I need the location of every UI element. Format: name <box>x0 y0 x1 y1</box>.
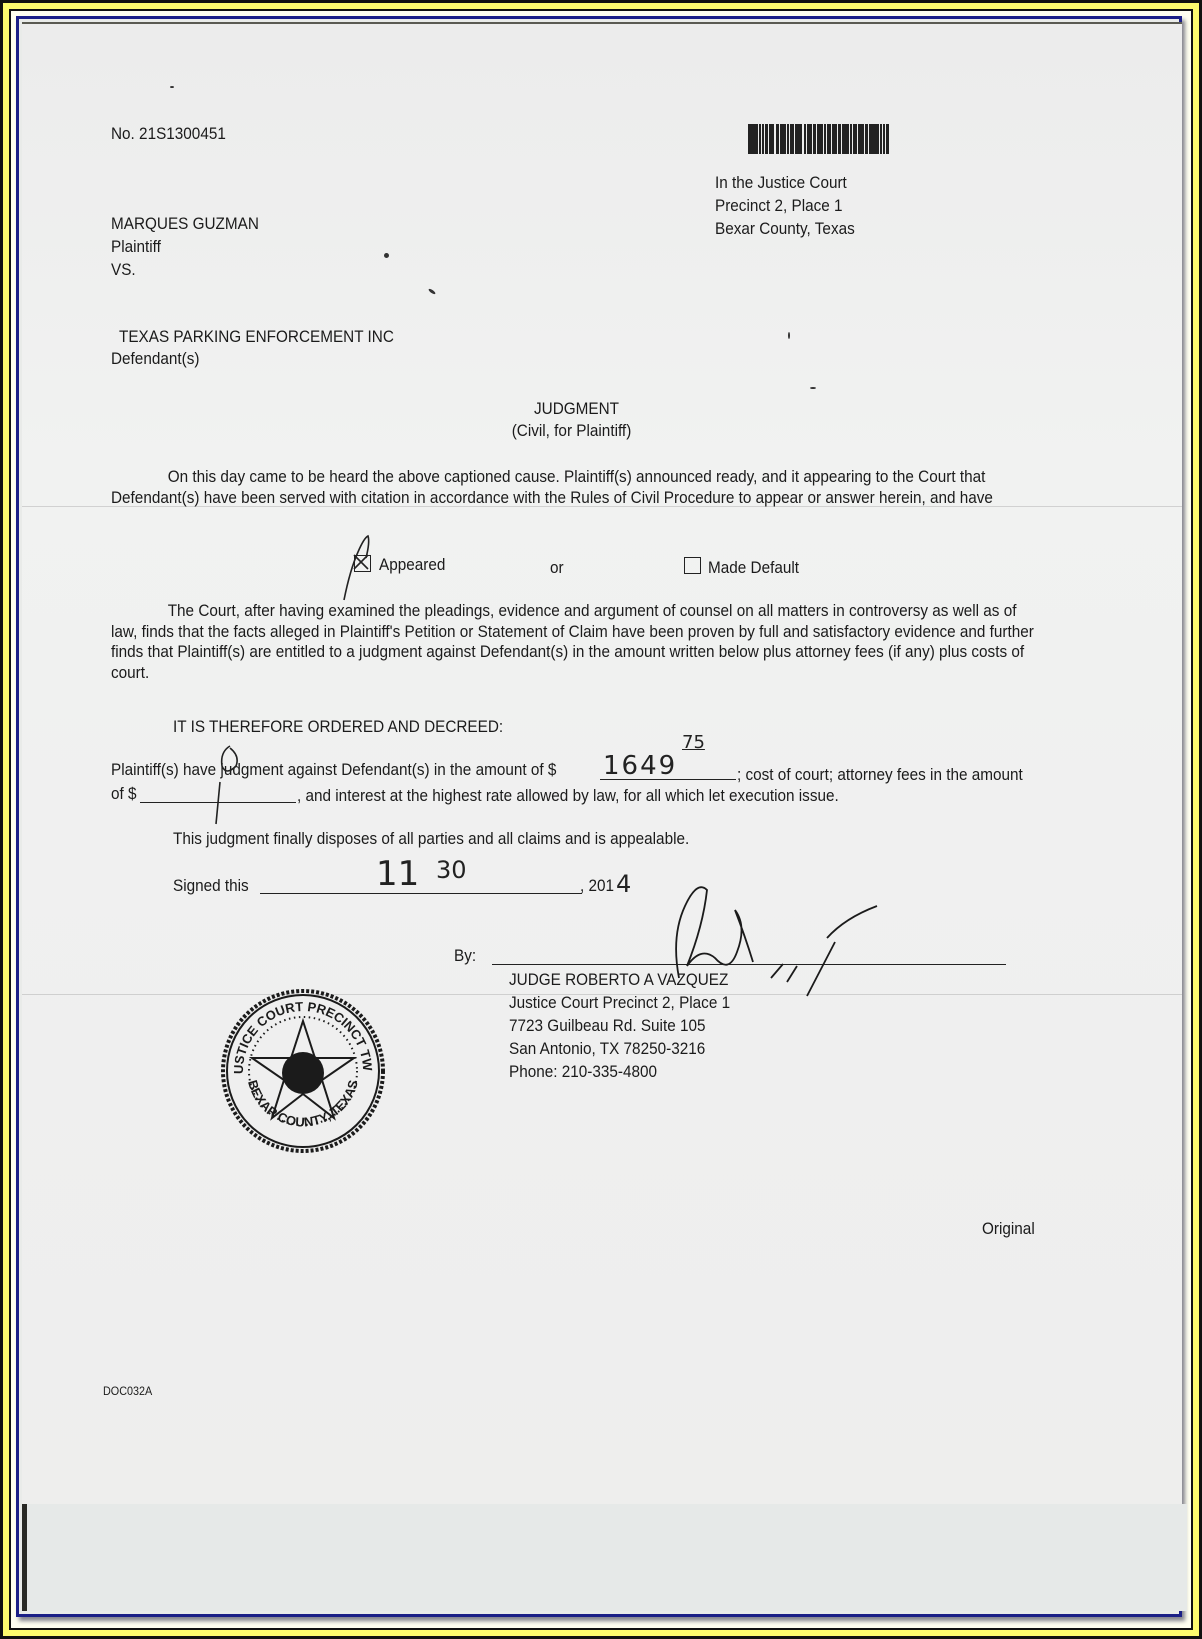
or-label: or <box>550 556 564 579</box>
judgment-cents: 75 <box>682 732 705 753</box>
handwritten-check-mark <box>340 530 380 610</box>
judge-court: Justice Court Precinct 2, Place 1 <box>509 991 730 1014</box>
judge-phone: Phone: 210-335-4800 <box>509 1060 657 1083</box>
scan-speck <box>384 253 389 258</box>
paragraph-service: On this day came to be heard the above c… <box>111 467 1038 508</box>
judge-name: JUDGE ROBERTO A VAZQUEZ <box>509 968 728 991</box>
signed-date-blank <box>260 893 582 894</box>
appeared-label: Appeared <box>379 553 445 576</box>
by-label: By: <box>454 944 476 967</box>
signed-month: 11 <box>376 854 419 894</box>
defendant-name: TEXAS PARKING ENFORCEMENT INC <box>119 325 394 348</box>
judgment-line1-prefix: Plaintiff(s) have judgment against Defen… <box>111 758 556 781</box>
court-name: In the Justice Court <box>715 171 847 194</box>
judgment-amount: 1649 <box>603 751 677 781</box>
paragraph-findings: The Court, after having examined the ple… <box>111 601 1038 683</box>
scanned-page-frame: No. 21S1300451 In the Justice Court Prec… <box>16 16 1182 1617</box>
versus-label: VS. <box>111 258 136 281</box>
form-code: DOC032A <box>103 1380 152 1403</box>
scan-speck <box>170 86 174 88</box>
judge-address-line2: San Antonio, TX 78250-3216 <box>509 1037 705 1060</box>
document-subtitle: (Civil, for Plaintiff) <box>504 419 639 442</box>
court-county: Bexar County, Texas <box>715 217 855 240</box>
plaintiff-name: MARQUES GUZMAN <box>111 212 259 235</box>
court-precinct: Precinct 2, Place 1 <box>715 194 843 217</box>
judgment-line2-suffix: , and interest at the highest rate allow… <box>297 784 839 807</box>
scan-speck <box>428 288 436 295</box>
barcode-icon <box>748 124 908 154</box>
signed-year-prefix: , 201 <box>580 874 614 897</box>
final-disposition: This judgment finally disposes of all pa… <box>173 827 689 850</box>
document-title: JUDGMENT <box>518 397 635 420</box>
plaintiff-label: Plaintiff <box>111 235 161 258</box>
scanned-document: No. 21S1300451 In the Justice Court Prec… <box>22 22 1182 1506</box>
defendant-label: Defendant(s) <box>111 347 199 370</box>
made-default-checkbox[interactable] <box>684 557 701 574</box>
ordered-heading: IT IS THEREFORE ORDERED AND DECREED: <box>173 715 503 738</box>
scanner-bed-area <box>22 1504 1187 1611</box>
signed-year-handwritten: 4 <box>616 870 631 898</box>
case-number: No. 21S1300451 <box>111 122 226 145</box>
made-default-label: Made Default <box>708 556 799 579</box>
judgment-line2-prefix: of $ <box>111 782 137 805</box>
scan-speck <box>810 387 816 389</box>
signed-label: Signed this <box>173 874 249 897</box>
handwritten-initial-mark <box>200 742 250 826</box>
scan-speck <box>788 332 790 339</box>
judge-address-line1: 7723 Guilbeau Rd. Suite 105 <box>509 1014 705 1037</box>
court-seal-icon: JUSTICE COURT PRECINCT TWO BEXAR COUNTY,… <box>218 986 388 1156</box>
judgment-line1-suffix: ; cost of court; attorney fees in the am… <box>737 763 1023 786</box>
copy-label: Original <box>982 1217 1035 1240</box>
signed-day: 30 <box>436 856 467 884</box>
